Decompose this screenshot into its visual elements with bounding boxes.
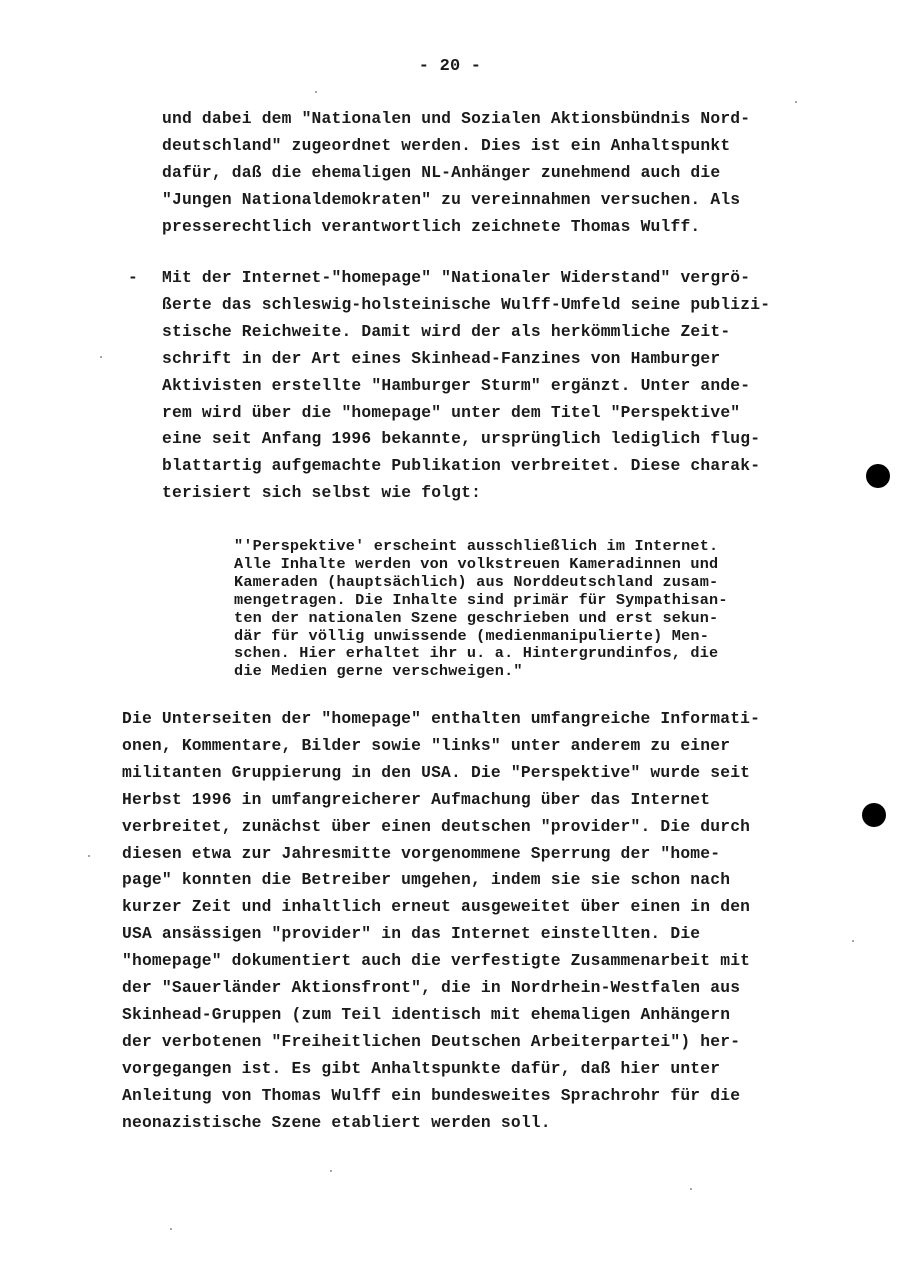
text-line: Anleitung von Thomas Wulff ein bundeswei…: [122, 1083, 760, 1110]
block-quote: "'Perspektive' erscheint ausschließlich …: [234, 538, 728, 681]
text-line: der verbotenen "Freiheitlichen Deutschen…: [122, 1029, 760, 1056]
scan-speck: [795, 101, 797, 103]
text-line: Die Unterseiten der "homepage" enthalten…: [122, 706, 760, 733]
text-line: presserechtlich verantwortlich zeichnete…: [162, 214, 750, 241]
bullet-marker: -: [128, 265, 138, 292]
scan-speck: [330, 1170, 332, 1172]
scan-speck: [100, 356, 102, 358]
text-line: Aktivisten erstellte "Hamburger Sturm" e…: [162, 373, 770, 400]
text-line: stische Reichweite. Damit wird der als h…: [162, 319, 770, 346]
text-line: Herbst 1996 in umfangreicherer Aufmachun…: [122, 787, 760, 814]
text-line: onen, Kommentare, Bilder sowie "links" u…: [122, 733, 760, 760]
text-line: die Medien gerne verschweigen.": [234, 663, 728, 681]
text-line: "homepage" dokumentiert auch die verfest…: [122, 948, 760, 975]
text-line: militanten Gruppierung in den USA. Die "…: [122, 760, 760, 787]
scan-speck: [170, 1228, 172, 1230]
text-line: Skinhead-Gruppen (zum Teil identisch mit…: [122, 1002, 760, 1029]
text-line: ten der nationalen Szene geschrieben und…: [234, 610, 728, 628]
text-line: schrift in der Art eines Skinhead-Fanzin…: [162, 346, 770, 373]
document-page: - 20 - und dabei dem "Nationalen und Soz…: [0, 0, 900, 1273]
text-line: kurzer Zeit und inhaltlich erneut ausgew…: [122, 894, 760, 921]
text-line: USA ansässigen "provider" in das Interne…: [122, 921, 760, 948]
scan-speck: [315, 91, 317, 93]
text-line: mengetragen. Die Inhalte sind primär für…: [234, 592, 728, 610]
text-line: blattartig aufgemachte Publikation verbr…: [162, 453, 770, 480]
text-line: Mit der Internet-"homepage" "Nationaler …: [162, 265, 770, 292]
text-line: eine seit Anfang 1996 bekannte, ursprüng…: [162, 426, 770, 453]
paragraph-main: Die Unterseiten der "homepage" enthalten…: [122, 706, 760, 1137]
text-line: der "Sauerländer Aktionsfront", die in N…: [122, 975, 760, 1002]
text-line: Kameraden (hauptsächlich) aus Norddeutsc…: [234, 574, 728, 592]
text-line: page" konnten die Betreiber umgehen, ind…: [122, 867, 760, 894]
scan-speck: [690, 1188, 692, 1190]
text-line: schen. Hier erhaltet ihr u. a. Hintergru…: [234, 645, 728, 663]
punch-hole-icon: [862, 803, 886, 827]
text-line: vorgegangen ist. Es gibt Anhaltspunkte d…: [122, 1056, 760, 1083]
text-line: där für völlig unwissende (medienmanipul…: [234, 628, 728, 646]
text-line: neonazistische Szene etabliert werden so…: [122, 1110, 760, 1137]
text-line: rem wird über die "homepage" unter dem T…: [162, 400, 770, 427]
text-line: dafür, daß die ehemaligen NL-Anhänger zu…: [162, 160, 750, 187]
scan-speck: [852, 940, 854, 942]
bullet-item-paragraph: Mit der Internet-"homepage" "Nationaler …: [162, 265, 770, 507]
scan-speck: [88, 855, 90, 857]
text-line: deutschland" zugeordnet werden. Dies ist…: [162, 133, 750, 160]
text-line: ßerte das schleswig-holsteinische Wulff-…: [162, 292, 770, 319]
punch-hole-icon: [866, 464, 890, 488]
text-line: "'Perspektive' erscheint ausschließlich …: [234, 538, 728, 556]
text-line: Alle Inhalte werden von volkstreuen Kame…: [234, 556, 728, 574]
page-number: - 20 -: [0, 57, 900, 76]
paragraph-continuation: und dabei dem "Nationalen und Sozialen A…: [162, 106, 750, 241]
text-line: "Jungen Nationaldemokraten" zu vereinnah…: [162, 187, 750, 214]
text-line: diesen etwa zur Jahresmitte vorgenommene…: [122, 841, 760, 868]
text-line: verbreitet, zunächst über einen deutsche…: [122, 814, 760, 841]
text-line: terisiert sich selbst wie folgt:: [162, 480, 770, 507]
text-line: und dabei dem "Nationalen und Sozialen A…: [162, 106, 750, 133]
